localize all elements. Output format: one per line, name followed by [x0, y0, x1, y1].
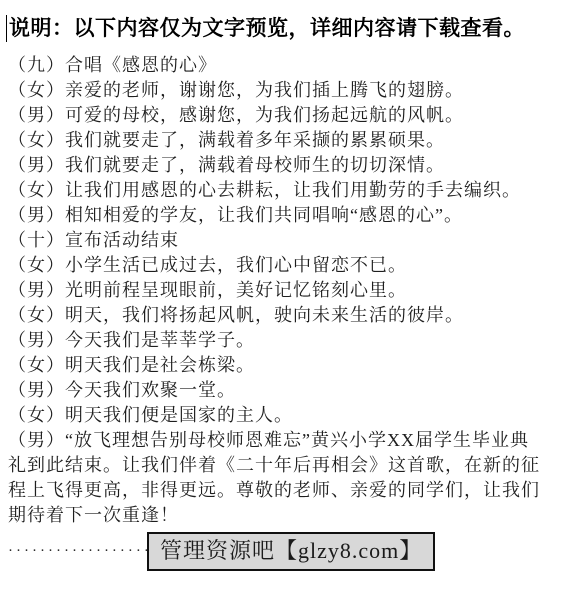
script-line: （女）小学生活已成过去，我们心中留恋不已。 [8, 253, 568, 278]
script-closing-paragraph: （男）“放飞理想告别母校师恩难忘”黄兴小学XX届学生毕业典礼到此结束。让我们伴着… [8, 428, 540, 528]
script-line: （女）明天我们便是国家的主人。 [8, 403, 568, 428]
script-line: （女）亲爱的老师，谢谢您，为我们插上腾飞的翅膀。 [8, 78, 568, 103]
preview-notice: 说明：以下内容仅为文字预览，详细内容请下载查看。 [0, 0, 578, 43]
script-line: （男）光明前程呈现眼前，美好记忆铭刻心里。 [8, 278, 568, 303]
text-cursor [6, 15, 7, 42]
script-line: （男）相知相爱的学友，让我们共同唱响“感恩的心”。 [8, 203, 568, 228]
script-line: （男）可爱的母校，感谢您，为我们扬起远航的风帆。 [8, 103, 568, 128]
script-line: （女）我们就要走了，满载着多年采撷的累累硕果。 [8, 128, 568, 153]
script-line: （女）让我们用感恩的心去耕耘，让我们用勤劳的手去编织。 [8, 178, 568, 203]
script-line: （十）宣布活动结束 [8, 228, 568, 253]
footer-row: ···················· 管理资源吧【glzy8.com】 [0, 532, 578, 571]
script-line: （男）今天我们欢聚一堂。 [8, 378, 568, 403]
document-preview-page: 说明：以下内容仅为文字预览，详细内容请下载查看。 （九）合唱《感恩的心》 （女）… [0, 0, 578, 600]
script-line: （男）我们就要走了，满载着母校师生的切切深情。 [8, 153, 568, 178]
script-line: （男）今天我们是莘莘学子。 [8, 328, 568, 353]
script-body: （九）合唱《感恩的心》 （女）亲爱的老师，谢谢您，为我们插上腾飞的翅膀。 （男）… [0, 53, 578, 528]
script-line: （女）明天，我们将扬起风帆，驶向未来生活的彼岸。 [8, 303, 568, 328]
dotted-leader: ···················· [8, 543, 147, 560]
script-line: （女）明天我们是社会栋梁。 [8, 353, 568, 378]
script-line: （九）合唱《感恩的心》 [8, 53, 568, 78]
watermark-badge: 管理资源吧【glzy8.com】 [147, 532, 435, 571]
